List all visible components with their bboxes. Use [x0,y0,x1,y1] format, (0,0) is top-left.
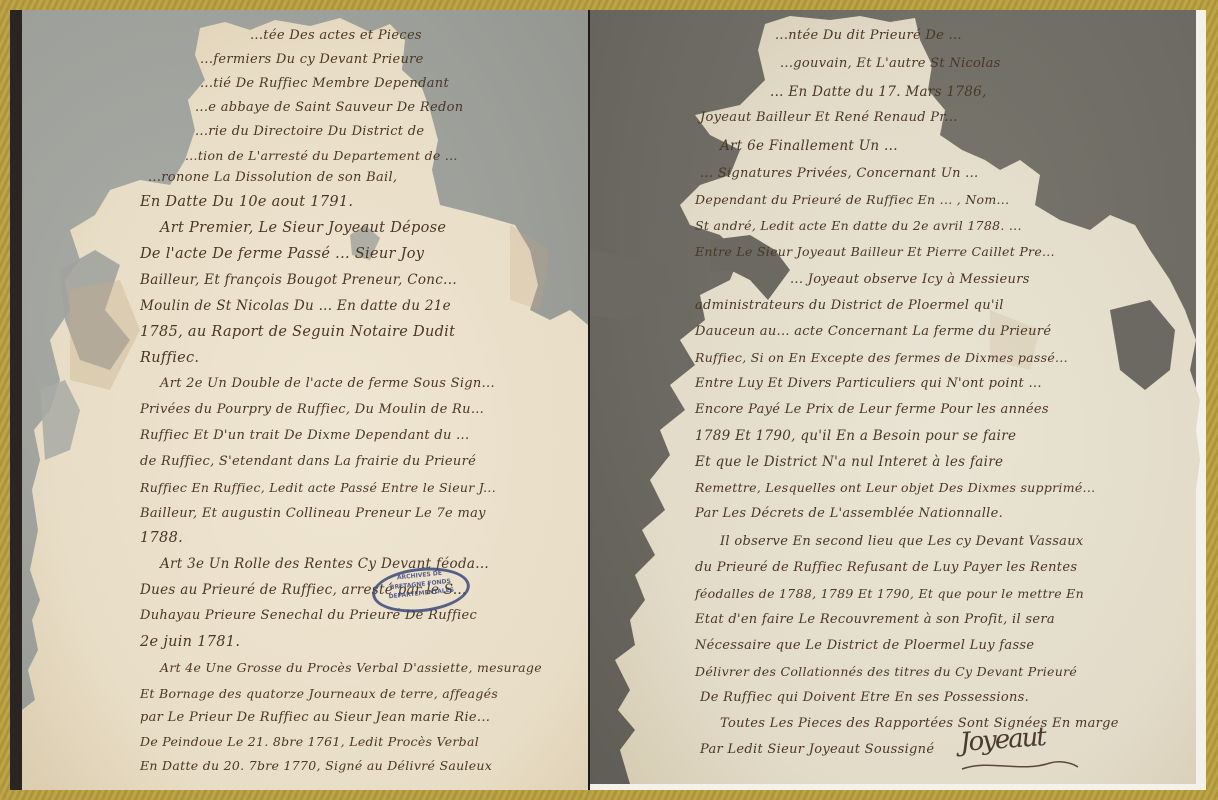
text-line: En Datte du 20. 7bre 1770, Signé au Déli… [140,758,492,773]
text-line: 2e juin 1781. [140,634,240,650]
text-line: ...ntée Du dit Prieuré De ... [775,28,962,43]
left-page: ...tée Des actes et Pieces ...fermiers D… [10,10,588,790]
text-line: Art 4e Une Grosse du Procès Verbal D'ass… [160,660,542,675]
text-line: 1789 Et 1790, qu'il En a Besoin pour se … [695,428,1016,444]
text-line: du Prieuré de Ruffiec Refusant de Luy Pa… [695,560,1077,575]
text-line: Bailleur, Et françois Bougot Preneur, Co… [140,272,457,288]
text-line: ...e abbaye de Saint Sauveur De Redon [195,100,463,115]
text-line: Art Premier, Le Sieur Joyeaut Dépose [160,220,446,236]
text-line: Etat d'en faire Le Recouvrement à son Pr… [695,612,1055,627]
text-line: Et Bornage des quatorze Journeaux de ter… [140,686,498,701]
text-line: par Le Prieur De Ruffiec au Sieur Jean m… [140,710,490,725]
text-line: Moulin de St Nicolas Du ... En datte du … [140,298,451,314]
text-line: Toutes Les Pieces des Rapportées Sont Si… [720,716,1119,731]
text-line: De Peindoue Le 21. 8bre 1761, Ledit Proc… [140,734,479,749]
signature-flourish [960,755,1080,775]
text-line: féodalles de 1788, 1789 Et 1790, Et que … [695,586,1084,601]
text-line: Privées du Pourpry de Ruffiec, Du Moulin… [140,402,484,417]
signature: Joyeaut [959,722,1046,758]
text-line: Nécessaire que Le District de Ploermel L… [695,638,1034,653]
text-line: administrateurs du District de Ploermel … [695,298,1004,313]
text-line: 1788. [140,530,183,546]
text-line: Délivrer des Collationnés des titres du … [695,664,1077,679]
text-line: ... Joyeaut observe Icy à Messieurs [790,272,1030,287]
text-line: De l'acte De ferme Passé ... Sieur Joy [140,246,424,262]
text-line: ... Signatures Privées, Concernant Un ..… [700,166,978,181]
right-page: ...ntée Du dit Prieuré De ... ...gouvain… [590,10,1206,790]
text-line: Remettre, Lesquelles ont Leur objet Des … [695,480,1095,495]
text-line: ... En Datte du 17. Mars 1786, [770,84,987,100]
text-line: ...fermiers Du cy Devant Prieure [200,52,424,67]
text-line: Encore Payé Le Prix de Leur ferme Pour l… [695,402,1049,417]
text-line: Ruffiec, Si on En Excepte des fermes de … [695,350,1068,365]
text-line: Entre Luy Et Divers Particuliers qui N'o… [695,376,1042,391]
text-line: Bailleur, Et augustin Collineau Preneur … [140,506,486,521]
text-line: ...tée Des actes et Pieces [250,28,422,43]
text-line: ...gouvain, Et L'autre St Nicolas [780,56,1001,71]
text-line: de Ruffiec, S'etendant dans La frairie d… [140,454,476,469]
text-line: Il observe En second lieu que Les cy Dev… [720,534,1084,549]
text-line: Art 2e Un Double de l'acte de ferme Sous… [160,376,495,391]
text-line: ...ronone La Dissolution de son Bail, [148,170,397,185]
text-line: Ruffiec Et D'un trait De Dixme Dependant… [140,428,469,443]
text-line: Par Ledit Sieur Joyeaut Soussigné [700,742,934,757]
text-line: ...tion de L'arresté du Departement de .… [185,148,458,163]
text-line: Art 6e Finallement Un ... [720,138,898,154]
text-line: Dependant du Prieuré de Ruffiec En ... ,… [695,192,1009,207]
text-line: En Datte Du 10e aout 1791. [140,194,353,210]
text-line: Entre Le Sieur Joyeaut Bailleur Et Pierr… [695,244,1055,259]
text-line: Ruffiec. [140,350,199,366]
text-line: ...tié De Ruffiec Membre Dependant [200,76,449,91]
text-line: ...rie du Directoire Du District de [195,124,424,139]
text-line: Dauceun au... acte Concernant La ferme d… [695,324,1051,339]
text-line: St andré, Ledit acte En datte du 2e avri… [695,218,1022,233]
text-line: Par Les Décrets de L'assemblée Nationnal… [695,506,1003,521]
text-line: Et que le District N'a nul Interet à les… [695,454,1003,470]
text-line: De Ruffiec qui Doivent Etre En ses Posse… [700,690,1029,705]
text-line: 1785, au Raport de Seguin Notaire Dudit [140,324,455,340]
text-line: Joyeaut Bailleur Et René Renaud Pr... [700,110,958,125]
text-line: Ruffiec En Ruffiec, Ledit acte Passé Ent… [140,480,496,495]
